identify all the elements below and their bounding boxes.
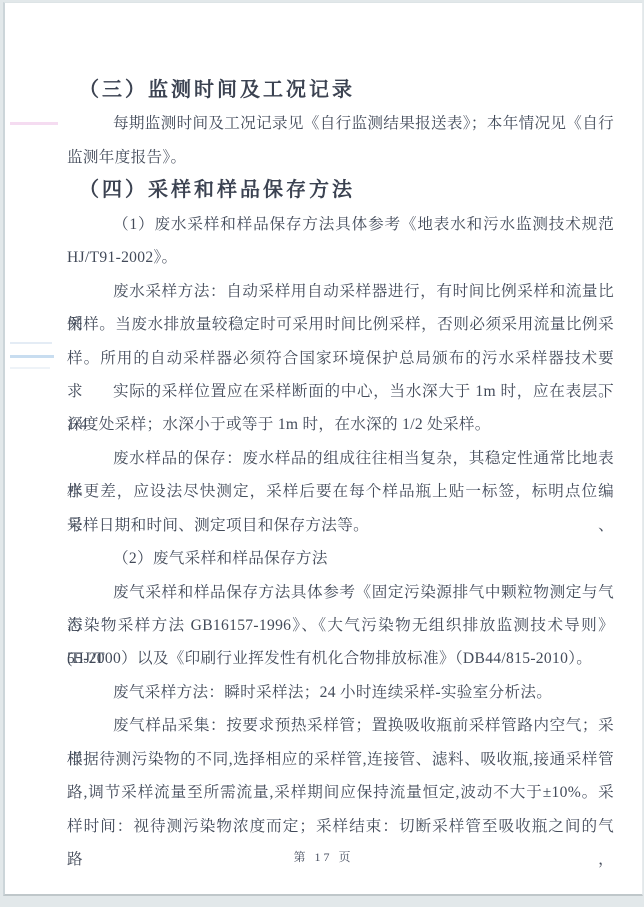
text-line: 样时间：视待测污染物浓度而定；采样结束：切断采样管至吸收瓶之间的气路， bbox=[67, 810, 614, 843]
text-line: 废气采样方法：瞬时采样法；24 小时连续采样-实验室分析法。 bbox=[67, 676, 614, 709]
heading-section-3: （三）监测时间及工况记录 bbox=[67, 74, 614, 107]
text-line: 监测年度报告》。 bbox=[67, 141, 614, 174]
text-line: 采样。当废水排放量较稳定时可采用时间比例采样，否则必须采用流量比例采 bbox=[67, 308, 614, 341]
text-line: 废水样品的保存：废水样品的组成往往相当复杂，其稳定性通常比地表水 bbox=[67, 442, 614, 475]
text-line: 路,调节采样流量至所需流量,采样期间应保持流量恒定,波动不大于±10%。采 bbox=[67, 776, 614, 809]
text-line: 55-2000）以及《印刷行业挥发性有机化合物排放标准》（DB44/815-20… bbox=[67, 642, 614, 675]
text-line: 深度处采样；水深小于或等于 1m 时，在水深的 1/2 处采样。 bbox=[67, 408, 614, 441]
heading-section-4: （四）采样和样品保存方法 bbox=[67, 174, 614, 207]
scan-artifact-blue bbox=[10, 367, 50, 369]
page-number: 第 17 页 bbox=[5, 848, 642, 865]
text-line: 污染物采样方法 GB16157-1996》、《大气污染物无组织排放监测技术导则》… bbox=[67, 609, 614, 642]
text-line: 样更差，应设法尽快测定，采样后要在每个样品瓶上贴一标签，标明点位编号、 bbox=[67, 475, 614, 508]
text-line: 每期监测时间及工况记录见《自行监测结果报送表》；本年情况见《自行 bbox=[67, 107, 614, 140]
page-content: （三）监测时间及工况记录 每期监测时间及工况记录见《自行监测结果报送表》；本年情… bbox=[67, 74, 614, 843]
text-line: 样。所用的自动采样器必须符合国家环境保护总局颁布的污水采样器技术要求。 bbox=[67, 342, 614, 375]
scan-artifact-pink bbox=[10, 122, 58, 125]
text-line: 废气样品采集：按要求预热采样管；置换吸收瓶前采样管路内空气；采样 bbox=[67, 709, 614, 742]
scan-artifact-blue bbox=[10, 355, 54, 358]
document-page: （三）监测时间及工况记录 每期监测时间及工况记录见《自行监测结果报送表》；本年情… bbox=[3, 2, 643, 896]
text-line: 实际的采样位置应在采样断面的中心，当水深大于 1m 时，应在表层下 1/4 bbox=[67, 375, 614, 408]
text-line: 根据待测污染物的不同,选择相应的采样管,连接管、滤料、吸收瓶,接通采样管 bbox=[67, 743, 614, 776]
text-line: 废水采样方法：自动采样用自动采样器进行，有时间比例采样和流量比例 bbox=[67, 275, 614, 308]
text-line: 废气采样和样品保存方法具体参考《固定污染源排气中颗粒物测定与气态 bbox=[67, 576, 614, 609]
text-line: （2）废气采样和样品保存方法 bbox=[67, 542, 614, 575]
text-line: （1）废水采样和样品保存方法具体参考《地表水和污水监测技术规范 bbox=[67, 208, 614, 241]
text-line: HJ/T91-2002》。 bbox=[67, 241, 614, 274]
scan-artifact-blue bbox=[10, 342, 52, 344]
